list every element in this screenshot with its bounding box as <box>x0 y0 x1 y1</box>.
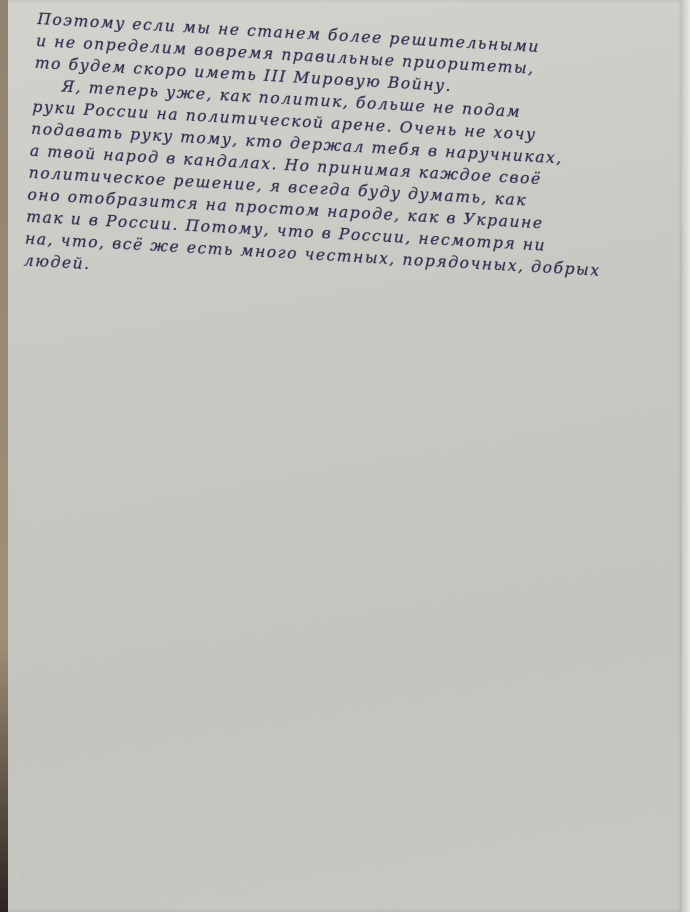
paper-sheet: Поэтому если мы не станем более решитель… <box>8 0 684 912</box>
desk-edge-right <box>682 0 690 912</box>
handwritten-text: Поэтому если мы не станем более решитель… <box>23 8 677 307</box>
corner-ink-mark: ᵕ <box>22 870 82 900</box>
